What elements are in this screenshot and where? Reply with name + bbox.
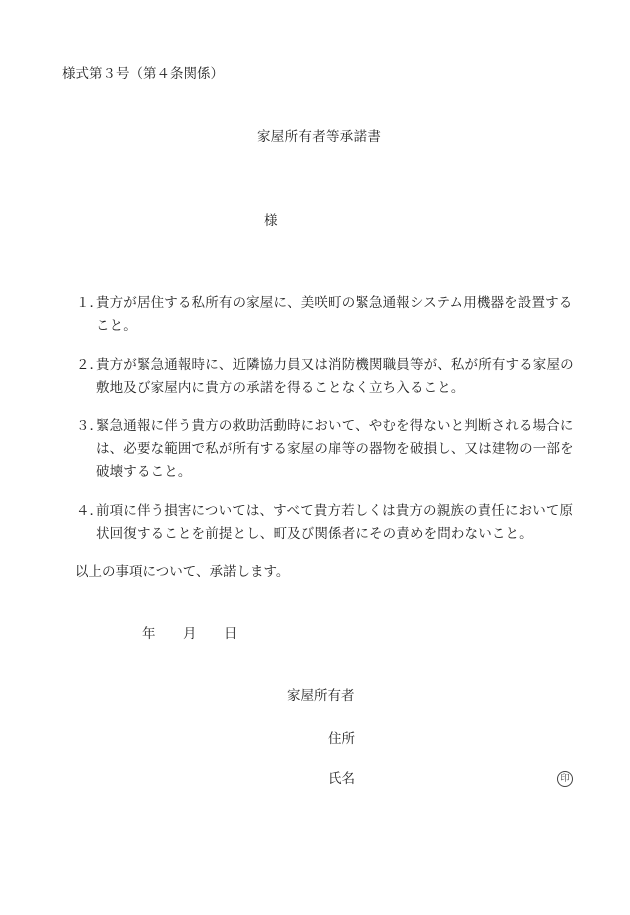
addressee-suffix: 様	[264, 215, 278, 229]
address-label: 住所	[328, 733, 355, 747]
clause-2: ２． 貴方が緊急通報時に、近隣協力員又は消防機関職員等が、私が所有する家屋の敷地…	[76, 354, 576, 400]
clause-1: １． 貴方が居住する私所有の家屋に、美咲町の緊急通報システム用機器を設置すること…	[76, 292, 576, 338]
document-title: 家屋所有者等承諾書	[257, 131, 381, 145]
clause-text: 前項に伴う損害については、すべて貴方若しくは貴方の親族の責任において原状回復する…	[76, 500, 576, 546]
clause-number: ４．	[76, 500, 96, 523]
clause-text: 緊急通報に伴う貴方の救助活動時において、やむを得ないと判断される場合には、必要な…	[76, 415, 576, 484]
owner-label: 家屋所有者	[287, 690, 355, 704]
date-year-label: 年	[142, 628, 156, 642]
consent-statement: 以上の事項について、承諾します。	[75, 566, 289, 580]
form-number-label: 様式第３号（第４条関係）	[62, 68, 224, 82]
clause-number: ３．	[76, 415, 96, 438]
clause-3: ３． 緊急通報に伴う貴方の救助活動時において、やむを得ないと判断される場合には、…	[76, 415, 576, 484]
clause-text: 貴方が緊急通報時に、近隣協力員又は消防機関職員等が、私が所有する家屋の敷地及び家…	[76, 354, 576, 400]
name-label: 氏名	[328, 773, 355, 787]
date-day-label: 日	[224, 628, 238, 642]
clause-number: １．	[76, 292, 96, 315]
clause-4: ４． 前項に伴う損害については、すべて貴方若しくは貴方の親族の責任において原状回…	[76, 500, 576, 546]
seal-icon: 印	[557, 771, 573, 787]
clause-number: ２．	[76, 354, 96, 377]
date-month-label: 月	[183, 628, 197, 642]
clause-text: 貴方が居住する私所有の家屋に、美咲町の緊急通報システム用機器を設置すること。	[76, 292, 576, 338]
